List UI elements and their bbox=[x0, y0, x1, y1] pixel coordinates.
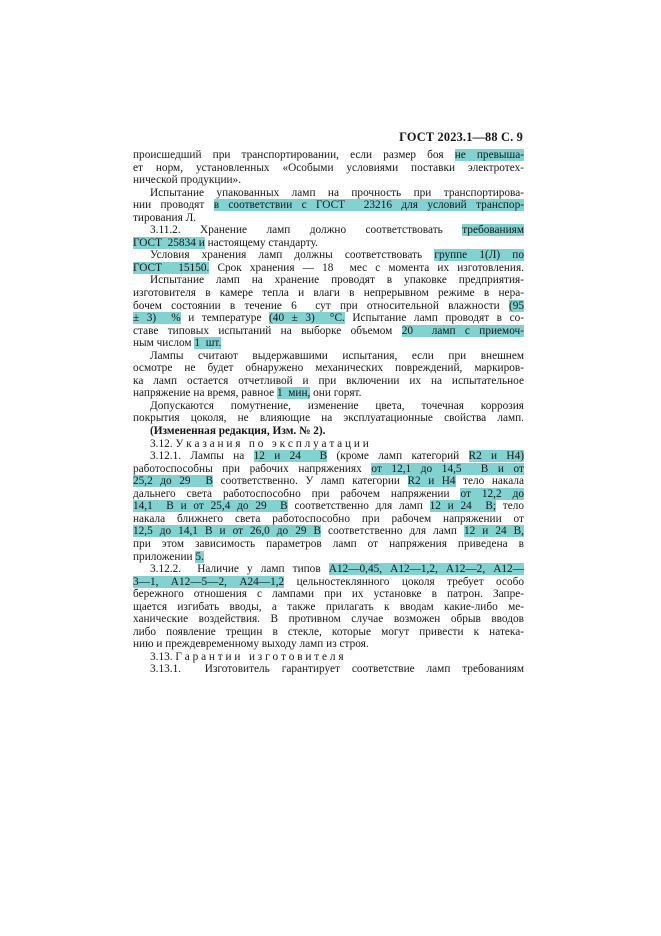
value-highlight: А12—0,45, А12—1,2, А12—2, А12— bbox=[329, 563, 524, 575]
text-line: Условия хранения ламп должны соответство… bbox=[133, 249, 524, 262]
text-line: ГОСТ 15150. Срок хранения — 18 мес с мом… bbox=[133, 262, 524, 275]
text-segment: Лампы считают выдержавшими испытания, ес… bbox=[150, 350, 524, 362]
text-segment: ка ламп остается отчетливой и при включе… bbox=[133, 375, 524, 387]
value-highlight: R2 и Н4 bbox=[408, 475, 456, 487]
text-line: ставе типовых испытаний на выборке объем… bbox=[133, 325, 524, 338]
text-segment: они горят. bbox=[310, 387, 361, 399]
text-segment: 3.12.1. Лампы на bbox=[150, 450, 254, 462]
text-line: ± 3) % и температуре (40 ± 3) °С. Испыта… bbox=[133, 312, 524, 325]
text-line: изготовителя в камере тепла и влаги в не… bbox=[133, 287, 524, 300]
value-highlight: 25,2 до 29 В bbox=[133, 475, 213, 487]
text-line: (Измененная редакция, Изм. № 2). bbox=[133, 425, 524, 438]
text-segment: ставе типовых испытаний на выборке объем… bbox=[133, 325, 402, 337]
text-segment: соответственно для ламп bbox=[288, 500, 430, 512]
text-segment: бережного отношения с лампами при их уст… bbox=[133, 588, 524, 600]
text-line: напряжение на время, равное 1 мин, они г… bbox=[133, 387, 524, 400]
text-segment: напряжение на время, равное bbox=[133, 387, 277, 399]
text-line: бочем состоянии в течение 6 сут при отно… bbox=[133, 300, 524, 313]
text-line: либо появление трещин в стекле, которые … bbox=[133, 626, 524, 639]
text-segment: тело bbox=[496, 500, 524, 512]
text-segment: бочем состоянии в течение 6 сут при отно… bbox=[133, 300, 509, 312]
text-segment: (Измененная редакция, Изм. № 2). bbox=[150, 425, 325, 437]
text-segment: накала ближнего света работоспособно при… bbox=[133, 513, 524, 525]
text-line: нию и преждевременному выходу ламп из ст… bbox=[133, 638, 524, 651]
value-highlight: ± 3) % bbox=[133, 312, 181, 324]
text-line: нии проводят в соответствии с ГОСТ 23216… bbox=[133, 199, 524, 212]
text-line: нической продукции». bbox=[133, 174, 524, 187]
text-line: тирования Л. bbox=[133, 212, 524, 225]
text-line: работоспособны при рабочих напряжениях о… bbox=[133, 463, 524, 476]
text-segment: дальнего света работоспособно при рабоче… bbox=[133, 488, 460, 500]
text-segment: цельностеклянного цоколя требует особо bbox=[284, 576, 524, 588]
text-segment: соответственно. У ламп категории bbox=[213, 475, 407, 487]
value-highlight: 20 ламп с приемоч- bbox=[402, 325, 524, 337]
text-segment: тело накала bbox=[456, 475, 524, 487]
text-segment: Условия хранения ламп должны соответство… bbox=[150, 249, 434, 261]
text-line: Испытание упакованных ламп на прочность … bbox=[133, 187, 524, 200]
value-highlight: ГОСТ 25834 и bbox=[133, 237, 205, 249]
value-highlight: ГОСТ 15150. bbox=[133, 262, 209, 274]
text-segment: (кроме ламп категорий bbox=[327, 450, 468, 462]
page-header: ГОСТ 2023.1—88 С. 9 bbox=[399, 130, 523, 145]
value-highlight: требованиям bbox=[462, 224, 524, 236]
text-line: 3.13.1. Изготовитель гарантирует соответ… bbox=[133, 663, 524, 676]
value-highlight: (40 ± 3) °С. bbox=[269, 312, 345, 324]
text-segment: тирования Л. bbox=[133, 212, 196, 224]
value-highlight: 12 и 24 В bbox=[254, 450, 328, 462]
text-line: 3.11.2. Хранение ламп должно соответство… bbox=[133, 224, 524, 237]
value-highlight: 12 и 24 В; bbox=[430, 500, 496, 512]
value-highlight: 12,5 до 14,1 В и от 26,0 до 29 В bbox=[133, 525, 321, 537]
value-highlight: 3—1, А12—5—2, А24—1,2 bbox=[133, 576, 284, 588]
text-segment: нической продукции». bbox=[133, 174, 241, 186]
text-line: 3.12.2. Наличие у ламп типов А12—0,45, А… bbox=[133, 563, 524, 576]
text-line: ка ламп остается отчетливой и при включе… bbox=[133, 375, 524, 388]
text-line: 12,5 до 14,1 В и от 26,0 до 29 В соответ… bbox=[133, 525, 524, 538]
text-segment: осмотре не будет обнаружено механических… bbox=[133, 362, 524, 374]
text-segment: ным числом bbox=[133, 337, 194, 349]
value-highlight: 5. bbox=[195, 551, 203, 563]
text-segment: 3.12.2. Наличие у ламп типов bbox=[150, 563, 329, 575]
text-segment: происшедший при транспортировании, если … bbox=[133, 149, 455, 161]
text-segment: Испытание ламп проводят в со- bbox=[345, 312, 524, 324]
text-line: накала ближнего света работоспособно при… bbox=[133, 513, 524, 526]
text-segment: при этом зависимость параметров ламп от … bbox=[133, 538, 524, 550]
text-segment: ханические воздействия. В противном случ… bbox=[133, 613, 524, 625]
text-line: Испытание ламп на хранение проводят в уп… bbox=[133, 274, 524, 287]
value-highlight: 14,1 В и от 25,4 до 29 В bbox=[133, 500, 288, 512]
text-line: ет норм, установленных «Особыми условиям… bbox=[133, 162, 524, 175]
document-body: происшедший при транспортировании, если … bbox=[133, 149, 524, 676]
text-line: 3.12. У к а з а н и я п о э к с п л у а … bbox=[133, 438, 524, 451]
text-line: происшедший при транспортировании, если … bbox=[133, 149, 524, 162]
text-segment: покрытия цоколя, не влияющие на эксплуат… bbox=[133, 412, 524, 424]
value-highlight: группе 1(Л) по bbox=[434, 249, 524, 261]
text-line: Лампы считают выдержавшими испытания, ес… bbox=[133, 350, 524, 363]
text-segment: либо появление трещин в стекле, которые … bbox=[133, 626, 524, 638]
text-segment: соответственно для ламп bbox=[321, 525, 464, 537]
text-segment: 3.13. Г а р а н т и и и з г о т о в и т … bbox=[150, 651, 344, 663]
text-line: щается изгибать вводы, а также прилагать… bbox=[133, 601, 524, 614]
value-highlight: не превыша- bbox=[455, 149, 524, 161]
text-segment: 3.12. У к а з а н и я п о э к с п л у а … bbox=[150, 438, 369, 450]
text-line: бережного отношения с лампами при их уст… bbox=[133, 588, 524, 601]
text-segment: 3.13.1. Изготовитель гарантирует соответ… bbox=[150, 663, 524, 675]
text-line: 3.13. Г а р а н т и и и з г о т о в и т … bbox=[133, 651, 524, 664]
text-segment: Испытание упакованных ламп на прочность … bbox=[150, 187, 524, 199]
text-segment: работоспособны при рабочих напряжениях bbox=[133, 463, 371, 475]
text-line: ханические воздействия. В противном случ… bbox=[133, 613, 524, 626]
document-page: ГОСТ 2023.1—88 С. 9 происшедший при тран… bbox=[0, 0, 661, 936]
text-line: 14,1 В и от 25,4 до 29 В соответственно … bbox=[133, 500, 524, 513]
text-line: Допускаются помутнение, изменение цвета,… bbox=[133, 400, 524, 413]
value-highlight: 1 шт. bbox=[194, 337, 221, 349]
value-highlight: 12 и 24 В, bbox=[464, 525, 524, 537]
text-segment: приложении bbox=[133, 551, 195, 563]
text-segment: настоящему стандарту. bbox=[205, 237, 318, 249]
text-segment: и температуре bbox=[181, 312, 269, 324]
text-segment: нии проводят bbox=[133, 199, 214, 211]
value-highlight: от 12,1 до 14,5 В и от bbox=[371, 463, 524, 475]
value-highlight: R2 и Н4) bbox=[469, 450, 524, 462]
value-highlight: (95 bbox=[509, 300, 524, 312]
text-segment: 3.11.2. Хранение ламп должно соответство… bbox=[150, 224, 462, 236]
value-highlight: от 12,2 до bbox=[460, 488, 524, 500]
text-segment: Испытание ламп на хранение проводят в уп… bbox=[150, 274, 524, 286]
text-line: покрытия цоколя, не влияющие на эксплуат… bbox=[133, 412, 524, 425]
text-line: ГОСТ 25834 и настоящему стандарту. bbox=[133, 237, 524, 250]
text-segment: щается изгибать вводы, а также прилагать… bbox=[133, 601, 524, 613]
text-line: при этом зависимость параметров ламп от … bbox=[133, 538, 524, 551]
text-line: осмотре не будет обнаружено механических… bbox=[133, 362, 524, 375]
text-segment: Срок хранения — 18 мес с момента их изго… bbox=[209, 262, 524, 274]
value-highlight: 1 мин, bbox=[277, 387, 310, 399]
text-line: дальнего света работоспособно при рабоче… bbox=[133, 488, 524, 501]
text-line: 3.12.1. Лампы на 12 и 24 В (кроме ламп к… bbox=[133, 450, 524, 463]
text-line: 3—1, А12—5—2, А24—1,2 цельностеклянного … bbox=[133, 576, 524, 589]
text-segment: Допускаются помутнение, изменение цвета,… bbox=[150, 400, 524, 412]
text-line: 25,2 до 29 В соответственно. У ламп кате… bbox=[133, 475, 524, 488]
text-line: приложении 5. bbox=[133, 551, 524, 564]
text-segment: ет норм, установленных «Особыми условиям… bbox=[133, 162, 524, 174]
text-line: ным числом 1 шт. bbox=[133, 337, 524, 350]
text-segment: изготовителя в камере тепла и влаги в не… bbox=[133, 287, 524, 299]
value-highlight: в соответствии с ГОСТ 23216 для условий … bbox=[214, 199, 524, 211]
text-segment: нию и преждевременному выходу ламп из ст… bbox=[133, 638, 369, 650]
